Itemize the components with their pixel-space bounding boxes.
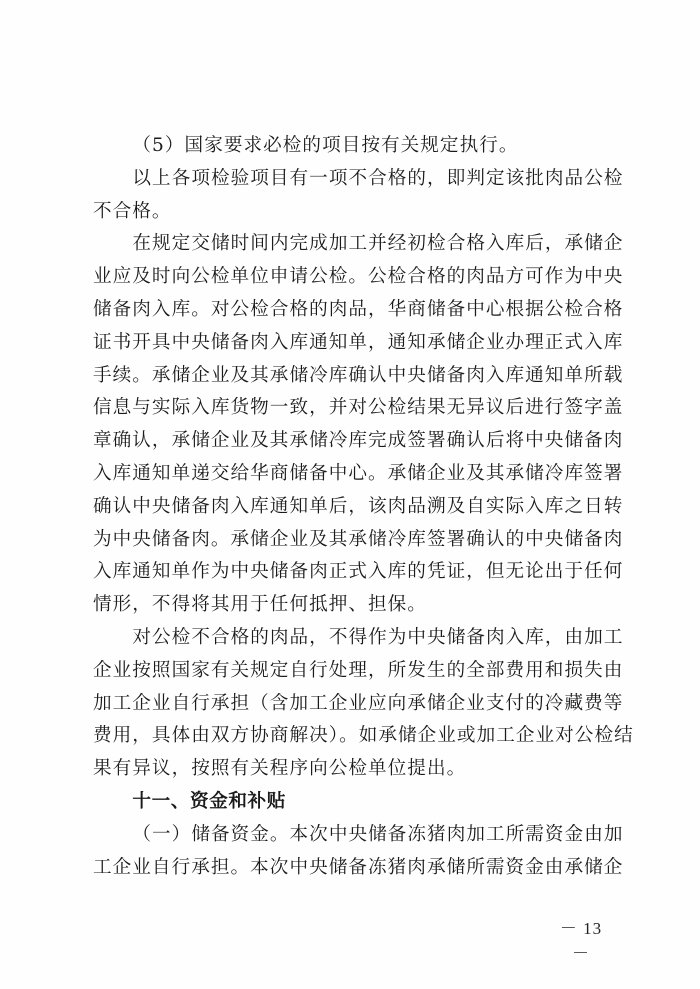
paragraph-unqualified-line-4: 费用，具体由双方协商解决）。如承储企业或加工企业对公检结 — [93, 720, 605, 753]
paragraph-inspection-line-2: 业应及时向公检单位申请公检。公检合格的肉品方可作为中央 — [93, 261, 605, 294]
paragraph-inspection-line-3: 储备肉入库。对公检合格的肉品，华商储备中心根据公检合格 — [93, 294, 605, 327]
paragraph-inspection-line-6: 信息与实际入库货物一致，并对公检结果无异议后进行签字盖 — [93, 392, 605, 425]
paragraph-unqualified-line-3: 加工企业自行承担（含加工企业应向承储企业支付的冷藏费等 — [93, 688, 605, 721]
paragraph-inspection-line-11: 入库通知单作为中央储备肉正式入库的凭证，但无论出于任何 — [93, 556, 605, 589]
document-body: （5）国家要求必检的项目按有关规定执行。 以上各项检验项目有一项不合格的，即判定… — [93, 130, 605, 884]
page-number: － 13 － — [552, 914, 610, 964]
paragraph-inspection-line-7: 章确认，承储企业及其承储冷库完成签署确认后将中央储备肉 — [93, 425, 605, 458]
section-heading: 十一、资金和补贴 — [93, 786, 605, 819]
paragraph-fail-rule-line-1: 以上各项检验项目有一项不合格的，即判定该批肉品公检 — [93, 163, 605, 196]
paragraph-unqualified-line-1: 对公检不合格的肉品，不得作为中央储备肉入库，由加工 — [93, 622, 605, 655]
paragraph-reserve-funds-line-2: 工企业自行承担。本次中央储备冻猪肉承储所需资金由承储企 — [93, 852, 605, 885]
paragraph-inspection-line-4: 证书开具中央储备肉入库通知单，通知承储企业办理正式入库 — [93, 327, 605, 360]
paragraph-inspection-line-5: 手续。承储企业及其承储冷库确认中央储备肉入库通知单所载 — [93, 360, 605, 393]
paragraph-fail-rule-line-2: 不合格。 — [93, 196, 605, 229]
paragraph-unqualified-line-5: 果有异议，按照有关程序向公检单位提出。 — [93, 753, 605, 786]
paragraph-unqualified-line-2: 企业按照国家有关规定自行处理，所发生的全部费用和损失由 — [93, 655, 605, 688]
paragraph-inspection-line-10: 为中央储备肉。承储企业及其承储冷库签署确认的中央储备肉 — [93, 524, 605, 557]
paragraph-inspection-line-8: 入库通知单递交给华商储备中心。承储企业及其承储冷库签署 — [93, 458, 605, 491]
document-page: （5）国家要求必检的项目按有关规定执行。 以上各项检验项目有一项不合格的，即判定… — [0, 0, 700, 989]
paragraph-inspection-line-12: 情形，不得将其用于任何抵押、担保。 — [93, 589, 605, 622]
paragraph-inspection-line-1: 在规定交储时间内完成加工并经初检合格入库后，承储企 — [93, 228, 605, 261]
paragraph-reserve-funds-line-1: （一）储备资金。本次中央储备冻猪肉加工所需资金由加 — [93, 819, 605, 852]
paragraph-item-5-line: （5）国家要求必检的项目按有关规定执行。 — [93, 130, 605, 163]
paragraph-inspection-line-9: 确认中央储备肉入库通知单后，该肉品溯及自实际入库之日转 — [93, 491, 605, 524]
